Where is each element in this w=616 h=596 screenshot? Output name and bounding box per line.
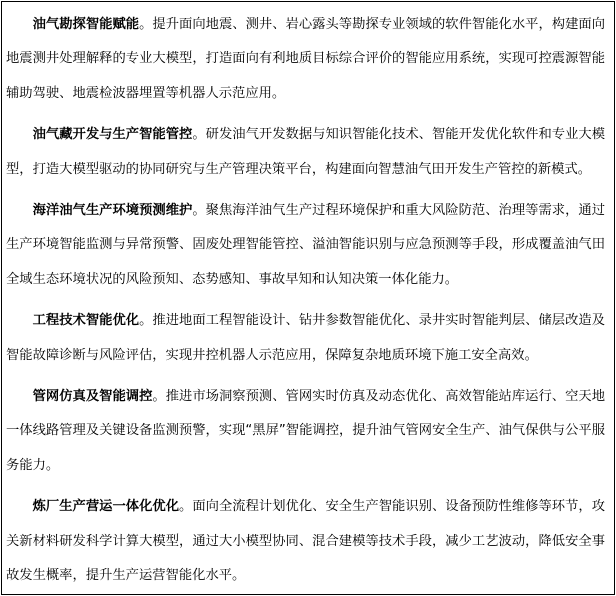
document-page: 油气勘探智能赋能。提升面向地震、测井、岩心露头等勘探专业领域的软件智能化水平，构… xyxy=(1,1,615,595)
paragraph-heading: 油气藏开发与生产智能管控 xyxy=(33,127,193,142)
paragraph-heading: 炼厂生产营运一体化优化 xyxy=(33,499,179,514)
paragraph-heading: 工程技术智能优化 xyxy=(33,313,140,328)
paragraph-heading: 海洋油气生产环境预测维护 xyxy=(33,203,193,218)
paragraph-oil-gas-exploration: 油气勘探智能赋能。提升面向地震、测井、岩心露头等勘探专业领域的软件智能化水平，构… xyxy=(6,8,605,111)
paragraph-heading: 油气勘探智能赋能 xyxy=(33,17,140,32)
paragraph-reservoir-development: 油气藏开发与生产智能管控。研发油气开发数据与知识智能化技术、智能开发优化软件和专… xyxy=(6,118,605,187)
paragraph-refinery-operations: 炼厂生产营运一体化优化。面向全流程计划优化、安全生产智能识别、设备预防性维修等环… xyxy=(6,490,605,593)
paragraph-offshore-environment: 海洋油气生产环境预测维护。聚焦海洋油气生产过程环境保护和重大风险防范、治理等需求… xyxy=(6,194,605,297)
paragraph-heading: 管网仿真及智能调控 xyxy=(33,389,153,404)
paragraph-pipeline-network: 管网仿真及智能调控。推进市场洞察预测、管网实时仿真及动态优化、高效智能站库运行、… xyxy=(6,380,605,483)
paragraph-engineering-optimization: 工程技术智能优化。推进地面工程智能设计、钻井参数智能优化、录井实时智能判层、储层… xyxy=(6,304,605,373)
